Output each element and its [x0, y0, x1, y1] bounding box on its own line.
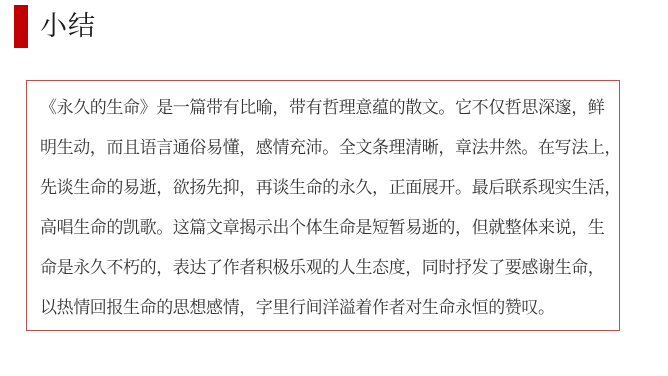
- body-text-line: 以热情回报生命的思想感情，字里行间洋溢着作者对生命永恒的赞叹。: [40, 288, 607, 328]
- title-accent-bar: [14, 5, 28, 48]
- body-text-line: 命是永久不朽的，表达了作者积极乐观的人生态度，同时抒发了要感谢生命，: [40, 248, 607, 288]
- slide-header: 小结: [14, 5, 96, 48]
- body-text-line: 明生动，而且语言通俗易懂，感情充沛。全文条理清晰，章法井然。在写法上，: [40, 128, 607, 168]
- body-text-line: 《永久的生命》是一篇带有比喻，带有哲理意蕴的散文。它不仅哲思深邃，鲜: [40, 88, 607, 128]
- body-text-line: 先谈生命的易逝，欲扬先抑，再谈生命的永久，正面展开。最后联系现实生活，: [40, 168, 607, 208]
- presentation-slide: 小结 《永久的生命》是一篇带有比喻，带有哲理意蕴的散文。它不仅哲思深邃，鲜 明生…: [0, 0, 668, 376]
- summary-text-box: 《永久的生命》是一篇带有比喻，带有哲理意蕴的散文。它不仅哲思深邃，鲜 明生动，而…: [26, 80, 620, 331]
- slide-title: 小结: [40, 5, 96, 48]
- body-text-line: 高唱生命的凯歌。这篇文章揭示出个体生命是短暂易逝的，但就整体来说，生: [40, 208, 607, 248]
